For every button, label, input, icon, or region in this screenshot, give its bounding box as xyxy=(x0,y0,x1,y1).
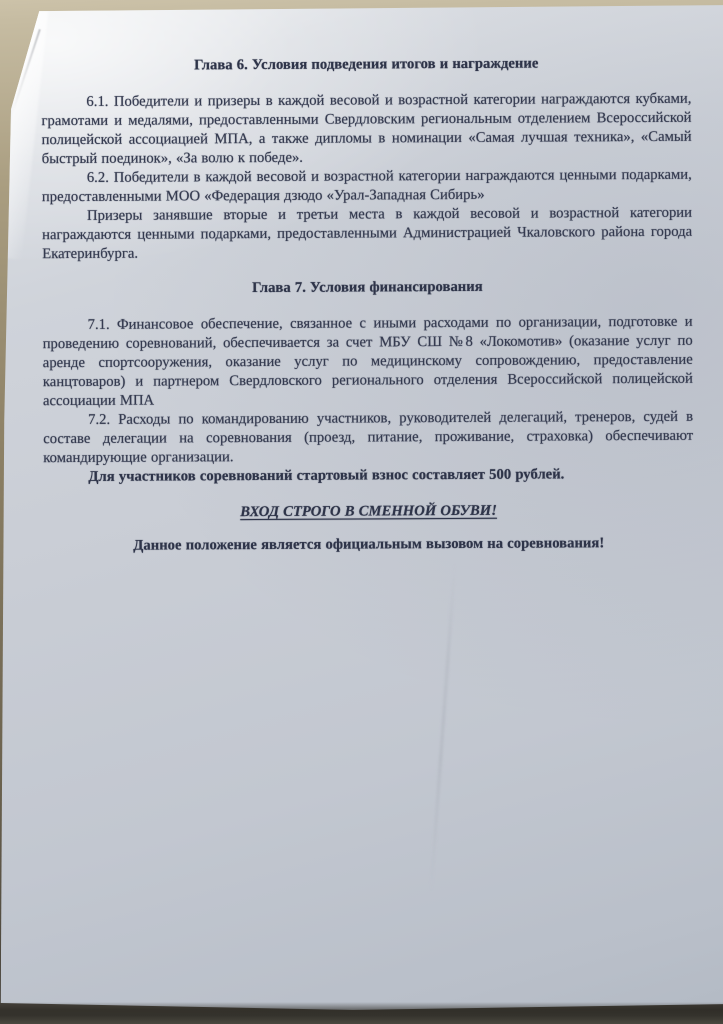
paragraph-7-2: 7.2. Расходы по командированию участнико… xyxy=(43,408,693,468)
shoes-notice: ВХОД СТРОГО В СМЕННОЙ ОБУВИ! xyxy=(44,501,694,523)
photo-surface: Глава 6. Условия подведения итогов и наг… xyxy=(0,0,723,1024)
document-text: Глава 6. Условия подведения итогов и наг… xyxy=(41,54,694,556)
table-edge-shadow xyxy=(0,1002,723,1024)
paper-mid-crease xyxy=(429,563,456,892)
paragraph-6-2: 6.2. Победители в каждой весовой и возра… xyxy=(42,166,692,207)
entry-fee-line: Для участников соревнований стартовый вз… xyxy=(43,465,693,487)
paragraph-prize-winners: Призеры занявшие вторые и третьи места в… xyxy=(42,204,692,264)
official-call-notice: Данное положение является официальным вы… xyxy=(44,534,694,556)
chapter-6-heading: Глава 6. Условия подведения итогов и наг… xyxy=(41,54,691,76)
chapter-7-heading: Глава 7. Условия финансирования xyxy=(42,277,692,299)
paper-sheet: Глава 6. Условия подведения итогов и наг… xyxy=(0,1,723,1013)
paragraph-6-1: 6.1. Победители и призеры в каждой весов… xyxy=(41,90,691,169)
paragraph-7-1: 7.1. Финансовое обеспечение, связанное с… xyxy=(43,313,693,411)
shoes-notice-text: ВХОД СТРОГО В СМЕННОЙ ОБУВИ! xyxy=(240,503,497,520)
